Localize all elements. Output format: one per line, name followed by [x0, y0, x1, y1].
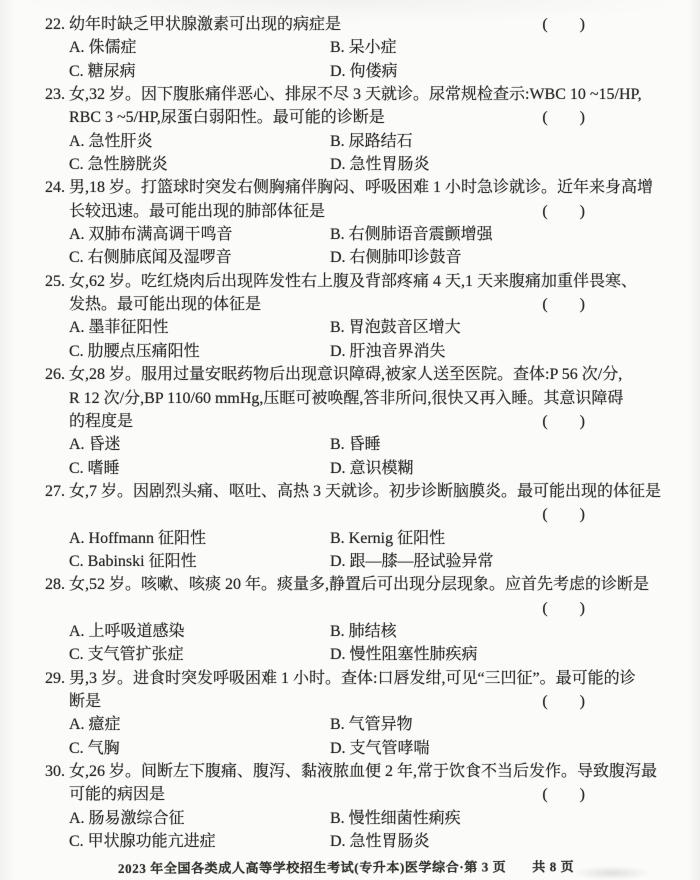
option-d: D. 支气管哮喘 — [330, 737, 585, 760]
option-d: D. 肝浊音界消失 — [330, 340, 585, 363]
option-c: C. 气胸 — [69, 737, 330, 760]
option-d: D. 意识模糊 — [330, 457, 585, 480]
option-c: C. 右侧肺底闻及湿啰音 — [69, 246, 330, 269]
option-c: C. 支气管扩张症 — [69, 643, 330, 666]
question-text: R 12 次/分,BP 110/60 mmHg,压眶可被唤醒,答非所问,很快又再… — [69, 387, 623, 410]
option-row: A. 侏儒症B. 呆小症 — [45, 36, 585, 59]
question-line: 断是( ) — [45, 690, 585, 713]
option-c: C. 糖尿病 — [69, 60, 330, 83]
option-a: A. 昏迷 — [69, 433, 330, 456]
option-d: D. 急性胃肠炎 — [330, 830, 585, 853]
option-row: A. 双肺布满高调干鸣音B. 右侧肺语音震颤增强 — [45, 223, 585, 246]
option-d: D. 佝偻病 — [330, 60, 585, 83]
question-number: 27. — [45, 480, 69, 503]
answer-bracket: ( ) — [542, 690, 585, 713]
option-b: B. 呆小症 — [330, 36, 585, 59]
question-number: 23. — [45, 83, 69, 106]
question-text: 的程度是 — [69, 410, 536, 433]
question-text: 断是 — [69, 690, 536, 713]
question-block: 26.女,28 岁。服用过量安眠药物后出现意识障碍,被家人送至医院。查体:P 5… — [45, 363, 585, 480]
question-line: R 12 次/分,BP 110/60 mmHg,压眶可被唤醒,答非所问,很快又再… — [45, 387, 585, 410]
question-block: 30.女,26 岁。间断左下腹痛、腹泻、黏液脓血便 2 年,常于饮食不当后发作。… — [45, 760, 585, 853]
option-b: B. 尿路结石 — [330, 130, 585, 153]
question-line: 22.幼年时缺乏甲状腺激素可出现的病症是( ) — [45, 13, 585, 36]
question-number: 30. — [45, 760, 69, 783]
exam-page: 22.幼年时缺乏甲状腺激素可出现的病症是( )A. 侏儒症B. 呆小症C. 糖尿… — [0, 0, 700, 880]
question-number: 29. — [45, 667, 69, 690]
question-block: 22.幼年时缺乏甲状腺激素可出现的病症是( )A. 侏儒症B. 呆小症C. 糖尿… — [45, 13, 585, 83]
question-block: 29.男,3 岁。进食时突发呼吸困难 1 小时。查体:口唇发绀,可见“三凹征”。… — [45, 667, 585, 760]
answer-bracket: ( ) — [542, 597, 585, 620]
option-a: A. 双肺布满高调干鸣音 — [69, 223, 330, 246]
question-line: ( ) — [45, 597, 585, 620]
question-line: 26.女,28 岁。服用过量安眠药物后出现意识障碍,被家人送至医院。查体:P 5… — [45, 363, 585, 386]
question-line: 23.女,32 岁。因下腹胀痛伴恶心、排尿不尽 3 天就诊。尿常规检查示:WBC… — [45, 83, 585, 106]
question-text: 男,3 岁。进食时突发呼吸困难 1 小时。查体:口唇发绀,可见“三凹征”。最可能… — [69, 667, 636, 690]
question-block: 25.女,62 岁。吃红烧肉后出现阵发性右上腹及背部疼痛 4 天,1 天来腹痛加… — [45, 270, 585, 363]
question-line: 28.女,52 岁。咳嗽、咳痰 20 年。痰量多,静置后可出现分层现象。应首先考… — [45, 573, 585, 596]
option-a: A. 肠易激综合征 — [69, 807, 330, 830]
question-block: 23.女,32 岁。因下腹胀痛伴恶心、排尿不尽 3 天就诊。尿常规检查示:WBC… — [45, 83, 585, 176]
question-text: 女,52 岁。咳嗽、咳痰 20 年。痰量多,静置后可出现分层现象。应首先考虑的诊… — [69, 573, 649, 596]
answer-bracket: ( ) — [542, 783, 585, 806]
question-number: 22. — [45, 13, 69, 36]
option-b: B. 慢性细菌性痢疾 — [330, 807, 585, 830]
option-a: A. Hoffmann 征阳性 — [69, 527, 330, 550]
option-row: A. 急性肝炎B. 尿路结石 — [45, 130, 585, 153]
option-b: B. 气管异物 — [330, 713, 585, 736]
answer-bracket: ( ) — [542, 503, 585, 526]
option-b: B. 右侧肺语音震颤增强 — [330, 223, 585, 246]
option-d: D. 急性胃肠炎 — [330, 153, 585, 176]
question-block: 28.女,52 岁。咳嗽、咳痰 20 年。痰量多,静置后可出现分层现象。应首先考… — [45, 573, 585, 666]
question-number: 25. — [45, 270, 69, 293]
question-block: 24.男,18 岁。打篮球时突发右侧胸痛伴胸闷、呼吸困难 1 小时急诊就诊。近年… — [45, 176, 585, 269]
option-b: B. 昏睡 — [330, 433, 585, 456]
option-row: A. 昏迷B. 昏睡 — [45, 433, 585, 456]
footer-page-count: 共 8 页 — [532, 859, 574, 874]
option-d: D. 右侧肺叩诊鼓音 — [330, 246, 585, 269]
option-a: A. 上呼吸道感染 — [69, 620, 330, 643]
option-row: C. 气胸D. 支气管哮喘 — [45, 737, 585, 760]
question-number: 24. — [45, 176, 69, 199]
option-b: B. 胃泡鼓音区增大 — [330, 316, 585, 339]
questions: 22.幼年时缺乏甲状腺激素可出现的病症是( )A. 侏儒症B. 呆小症C. 糖尿… — [45, 13, 585, 853]
option-row: C. 支气管扩张症D. 慢性阻塞性肺疾病 — [45, 643, 585, 666]
option-d: D. 跟—膝—胫试验异常 — [330, 550, 585, 573]
question-text: 女,62 岁。吃红烧肉后出现阵发性右上腹及背部疼痛 4 天,1 天来腹痛加重伴畏… — [69, 270, 637, 293]
question-line: 25.女,62 岁。吃红烧肉后出现阵发性右上腹及背部疼痛 4 天,1 天来腹痛加… — [45, 270, 585, 293]
option-row: A. 墨菲征阳性B. 胃泡鼓音区增大 — [45, 316, 585, 339]
question-number: 26. — [45, 363, 69, 386]
option-row: C. 肋腰点压痛阳性D. 肝浊音界消失 — [45, 340, 585, 363]
question-line: 可能的病因是( ) — [45, 783, 585, 806]
question-text: 可能的病因是 — [69, 783, 536, 806]
question-line: 发热。最可能出现的体征是( ) — [45, 293, 585, 316]
question-text: 女,28 岁。服用过量安眠药物后出现意识障碍,被家人送至医院。查体:P 56 次… — [69, 363, 622, 386]
question-block: 27.女,7 岁。因剧烈头痛、呕吐、高热 3 天就诊。初步诊断脑膜炎。最可能出现… — [45, 480, 585, 573]
question-text: 幼年时缺乏甲状腺激素可出现的病症是 — [69, 13, 536, 36]
footer-text: 2023 年全国各类成人高等学校招生考试(专升本)医学综合·第 3 页 — [118, 859, 506, 876]
question-number: 28. — [45, 573, 69, 596]
answer-bracket: ( ) — [542, 410, 585, 433]
option-row: A. 上呼吸道感染B. 肺结核 — [45, 620, 585, 643]
answer-bracket: ( ) — [542, 200, 585, 223]
option-a: A. 急性肝炎 — [69, 130, 330, 153]
option-c: C. Babinski 征阳性 — [69, 550, 330, 573]
question-text: 发热。最可能出现的体征是 — [69, 293, 536, 316]
question-text: 男,18 岁。打篮球时突发右侧胸痛伴胸闷、呼吸困难 1 小时急诊就诊。近年来身高… — [69, 176, 653, 199]
option-a: A. 癔症 — [69, 713, 330, 736]
question-line: 长较迅速。最可能出现的肺部体征是( ) — [45, 200, 585, 223]
question-line: 27.女,7 岁。因剧烈头痛、呕吐、高热 3 天就诊。初步诊断脑膜炎。最可能出现… — [45, 480, 585, 503]
option-b: B. Kernig 征阳性 — [330, 527, 585, 550]
page-footer: 2023 年全国各类成人高等学校招生考试(专升本)医学综合·第 3 页共 8 页 — [118, 856, 574, 877]
option-d: D. 慢性阻塞性肺疾病 — [330, 643, 585, 666]
option-a: A. 侏儒症 — [69, 36, 330, 59]
option-a: A. 墨菲征阳性 — [69, 316, 330, 339]
answer-bracket: ( ) — [542, 293, 585, 316]
option-row: C. 右侧肺底闻及湿啰音D. 右侧肺叩诊鼓音 — [45, 246, 585, 269]
option-row: C. 嗜睡D. 意识模糊 — [45, 457, 585, 480]
question-text: 女,32 岁。因下腹胀痛伴恶心、排尿不尽 3 天就诊。尿常规检查示:WBC 10… — [69, 83, 642, 106]
question-line: ( ) — [45, 503, 585, 526]
option-c: C. 嗜睡 — [69, 457, 330, 480]
answer-bracket: ( ) — [542, 13, 585, 36]
question-text: 长较迅速。最可能出现的肺部体征是 — [69, 200, 536, 223]
option-row: C. 急性膀胱炎D. 急性胃肠炎 — [45, 153, 585, 176]
option-c: C. 甲状腺功能亢进症 — [69, 830, 330, 853]
option-b: B. 肺结核 — [330, 620, 585, 643]
answer-bracket: ( ) — [542, 106, 585, 129]
question-line: 的程度是( ) — [45, 410, 585, 433]
option-c: C. 急性膀胱炎 — [69, 153, 330, 176]
option-row: C. 甲状腺功能亢进症D. 急性胃肠炎 — [45, 830, 585, 853]
question-line: 29.男,3 岁。进食时突发呼吸困难 1 小时。查体:口唇发绀,可见“三凹征”。… — [45, 667, 585, 690]
question-line: 24.男,18 岁。打篮球时突发右侧胸痛伴胸闷、呼吸困难 1 小时急诊就诊。近年… — [45, 176, 585, 199]
option-row: A. 肠易激综合征B. 慢性细菌性痢疾 — [45, 807, 585, 830]
option-row: C. Babinski 征阳性D. 跟—膝—胫试验异常 — [45, 550, 585, 573]
question-text: 女,26 岁。间断左下腹痛、腹泻、黏液脓血便 2 年,常于饮食不当后发作。导致腹… — [69, 760, 657, 783]
option-row: C. 糖尿病D. 佝偻病 — [45, 60, 585, 83]
question-text: 女,7 岁。因剧烈头痛、呕吐、高热 3 天就诊。初步诊断脑膜炎。最可能出现的体征… — [69, 480, 661, 503]
question-line: 30.女,26 岁。间断左下腹痛、腹泻、黏液脓血便 2 年,常于饮食不当后发作。… — [45, 760, 585, 783]
question-text: RBC 3 ~5/HP,尿蛋白弱阳性。最可能的诊断是 — [69, 106, 536, 129]
option-row: A. Hoffmann 征阳性B. Kernig 征阳性 — [45, 527, 585, 550]
option-c: C. 肋腰点压痛阳性 — [69, 340, 330, 363]
option-row: A. 癔症B. 气管异物 — [45, 713, 585, 736]
question-line: RBC 3 ~5/HP,尿蛋白弱阳性。最可能的诊断是( ) — [45, 106, 585, 129]
